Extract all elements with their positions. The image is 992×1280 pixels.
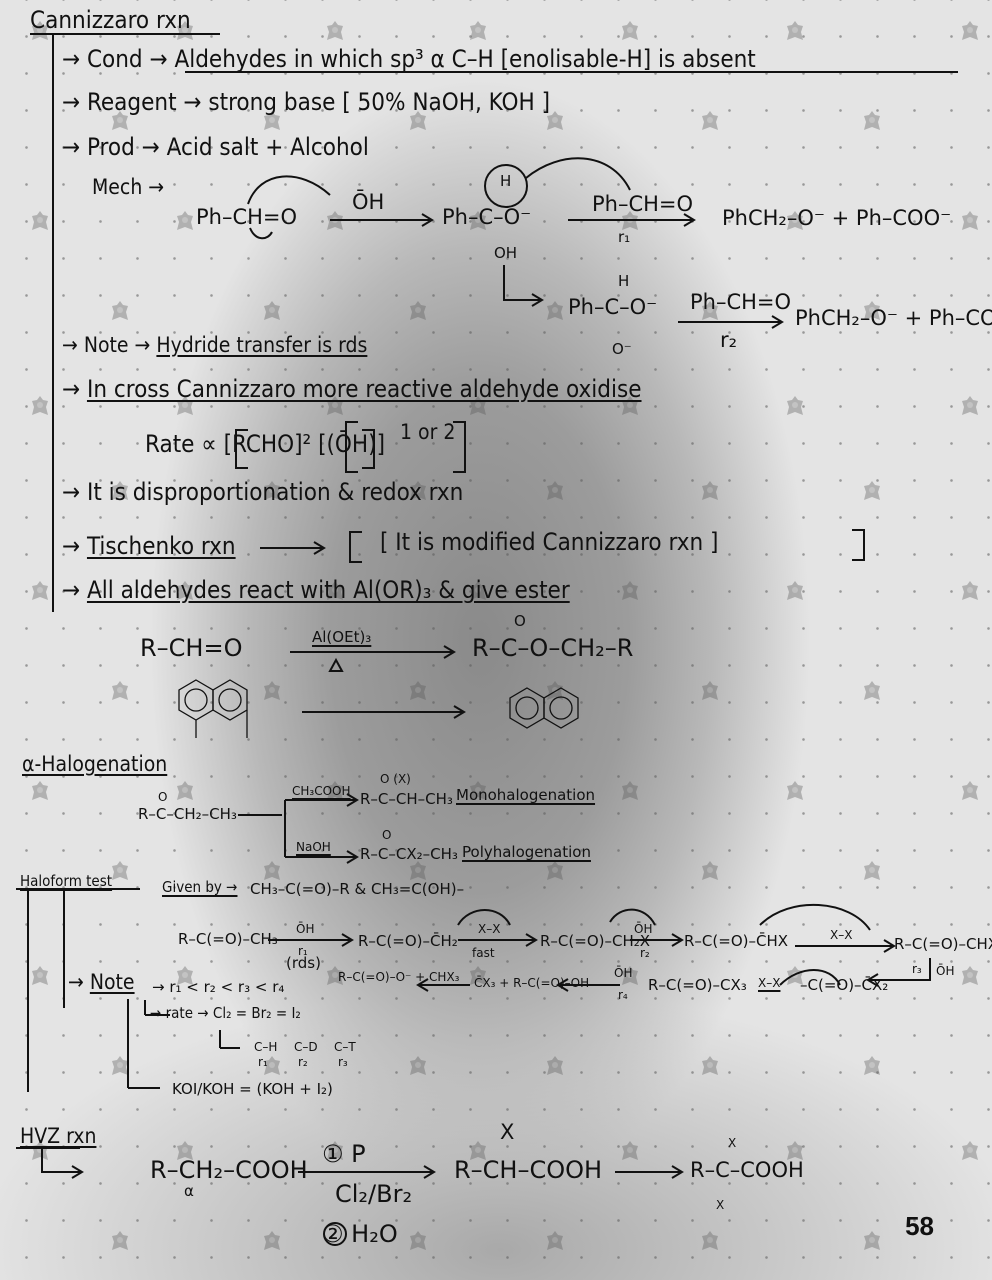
watermark-emblem-icon xyxy=(862,680,882,702)
haloform-r1-1a: ŌH xyxy=(296,922,314,936)
haloform-note-row: → Note xyxy=(68,970,135,994)
alt-intermediate: Ph–C–O⁻ xyxy=(568,295,657,319)
arrow-icon: → xyxy=(68,970,90,994)
rate-order-text: r₁ < r₂ < r₃ < r₄ xyxy=(169,978,284,996)
alt-intermediate-bottom: O⁻ xyxy=(612,340,632,358)
watermark-emblem-icon xyxy=(960,395,980,417)
haloform-r2-4a: X–X xyxy=(758,976,780,990)
arrow-icon: → xyxy=(150,1004,166,1022)
step1-products: PhCH₂–O⁻ + Ph–COO⁻ xyxy=(722,206,951,230)
haloform-title: Haloform test xyxy=(20,872,112,890)
watermark-emblem-icon xyxy=(862,480,882,502)
watermark-emblem-icon xyxy=(700,680,720,702)
path2-product-top: O xyxy=(382,828,391,842)
tischenko-reagent: Al(OEt)₃ xyxy=(312,628,371,646)
watermark-emblem-icon xyxy=(545,480,565,502)
watermark-emblem-icon xyxy=(175,210,195,232)
haloform-r1-8a: X–X xyxy=(830,928,852,942)
hvz-product1: R–CH–COOH xyxy=(454,1156,602,1184)
watermark-emblem-icon xyxy=(620,20,640,42)
watermark-emblem-icon xyxy=(700,1055,720,1077)
watermark-emblem-icon xyxy=(545,680,565,702)
watermark-emblem-icon xyxy=(862,110,882,132)
hvz-product1-top: X xyxy=(500,1120,514,1144)
watermark-emblem-icon xyxy=(110,1230,130,1252)
rate-label: rate xyxy=(166,1004,193,1022)
mech-reagent: ŌH xyxy=(352,190,384,214)
path1-product-top: O (X) xyxy=(380,772,411,786)
watermark-emblem-icon xyxy=(700,110,720,132)
hvz-product2: R–C–COOH xyxy=(690,1158,804,1182)
arrow-icon: → xyxy=(62,45,87,73)
cross-row: → In cross Cannizzaro more reactive alde… xyxy=(62,375,642,403)
page-number: 58 xyxy=(905,1211,934,1242)
watermark-emblem-icon xyxy=(468,20,488,42)
watermark-emblem-icon xyxy=(262,680,282,702)
watermark-emblem-icon xyxy=(30,395,50,417)
hvz-title: HVZ rxn xyxy=(20,1124,96,1148)
note-text: Hydride transfer is rds xyxy=(156,333,367,357)
path2-reagent: NaOH xyxy=(296,840,331,854)
watermark-emblem-icon xyxy=(325,20,345,42)
hvz-step2: ② H₂O xyxy=(322,1220,398,1248)
step1-rate: r₁ xyxy=(618,228,630,246)
tischenko-label: Tischenko rxn xyxy=(87,532,236,560)
cross-text: In cross Cannizzaro more reactive aldehy… xyxy=(87,375,642,403)
hvz-product2-top: X xyxy=(728,1136,736,1150)
watermark-emblem-icon xyxy=(110,680,130,702)
watermark-emblem-icon xyxy=(960,20,980,42)
haloform-r2-1: C̄X₃ + R–C(=O)–OH xyxy=(474,976,589,990)
isotope-rate-1: r₂ xyxy=(298,1055,308,1069)
arrow-icon: → xyxy=(62,478,87,506)
alpha-reactant: R–C–CH₂–CH₃ xyxy=(138,805,237,823)
watermark-emblem-icon xyxy=(862,1230,882,1252)
isotope-rate-0: r₁ xyxy=(258,1055,268,1069)
watermark-emblem-icon xyxy=(785,20,805,42)
haloform-note-label: Note xyxy=(90,970,135,994)
haloform-r2-5: –C(=O)–C̄X₂ xyxy=(800,976,888,994)
rate-order: 1 or 2 xyxy=(400,420,455,444)
watermark-emblem-icon xyxy=(30,580,50,602)
arrow-icon: → xyxy=(62,576,87,604)
path1-label: Monohalogenation xyxy=(456,786,595,804)
watermark-emblem-icon xyxy=(30,210,50,232)
haloform-r2-6a: ŌH xyxy=(936,964,954,978)
step1-reagent: Ph–CH=O xyxy=(592,192,693,216)
watermark-emblem-icon xyxy=(110,300,130,322)
watermark-emblem-icon xyxy=(30,965,50,987)
haloform-r1-4a: X–X xyxy=(478,922,500,936)
watermark-emblem-icon xyxy=(620,780,640,802)
watermark-emblem-icon xyxy=(408,1230,428,1252)
watermark-emblem-icon xyxy=(960,780,980,802)
mech-reactant: Ph–CH=O xyxy=(196,205,297,229)
path1-product: R–C–CH–CH₃ xyxy=(360,790,453,808)
watermark-emblem-icon xyxy=(545,300,565,322)
watermark-emblem-icon xyxy=(262,300,282,322)
watermark-emblem-icon xyxy=(408,300,428,322)
watermark-emblem-icon xyxy=(960,210,980,232)
watermark-emblem-icon xyxy=(110,1055,130,1077)
haloform-r1-0: R–C(=O)–CH₃ xyxy=(178,930,278,948)
mech-intermediate-top: H xyxy=(500,172,511,190)
isotope-rate-2: r₃ xyxy=(338,1055,348,1069)
arrow-icon: → xyxy=(62,333,84,357)
cannizzaro-title: Cannizzaro rxn xyxy=(30,6,191,34)
tischenko-text: [ It is modified Cannizzaro rxn ] xyxy=(380,528,718,556)
haloform-r2-3: R–C(=O)–CX₃ xyxy=(648,976,747,994)
given-by-label: Given by → xyxy=(162,878,237,896)
watermark-emblem-icon xyxy=(262,860,282,882)
prod-label: Prod → xyxy=(87,133,160,161)
step2-products: PhCH₂–O⁻ + Ph–COO⁻ xyxy=(795,306,992,330)
tischenko-product: R–C–O–CH₂–R xyxy=(472,634,633,662)
watermark-emblem-icon xyxy=(408,680,428,702)
haloform-r1-9: R–C(=O)–CHX₂ xyxy=(894,935,992,953)
hvz-reactant-sub: α xyxy=(184,1182,194,1200)
prod-row: → Prod → Acid salt + Alcohol xyxy=(62,133,369,161)
isotope-bond-0: C–H xyxy=(254,1040,277,1054)
step2-rate: r₂ xyxy=(720,328,737,352)
mech-intermediate-bottom: OH xyxy=(494,244,517,262)
watermark-emblem-icon xyxy=(785,780,805,802)
haloform-r2-2a: ŌH xyxy=(614,966,632,980)
all-aldehydes-row: → All aldehydes react with Al(OR)₃ & giv… xyxy=(62,576,570,604)
watermark-emblem-icon xyxy=(785,395,805,417)
watermark-emblem-icon xyxy=(960,965,980,987)
haloform-r1-3: R–C(=O)–C̄H₂ xyxy=(358,932,458,950)
cond-row: → Cond → Aldehydes in which sp³ α C–H [e… xyxy=(62,45,756,73)
arrow-icon: → xyxy=(62,133,87,161)
haloform-note-order: → r₁ < r₂ < r₃ < r₄ xyxy=(152,978,284,996)
hvz-product2-bottom: X xyxy=(716,1198,724,1212)
arrow-icon: → xyxy=(62,532,87,560)
path2-label: Polyhalogenation xyxy=(462,843,591,861)
watermark-emblem-icon xyxy=(960,580,980,602)
arrow-icon: → xyxy=(62,88,87,116)
isotope-bond-1: C–D xyxy=(294,1040,318,1054)
reagent-row: → Reagent → strong base [ 50% NaOH, KOH … xyxy=(62,88,550,116)
isotope-bond-2: C–T xyxy=(334,1040,356,1054)
reagent-label: Reagent → xyxy=(87,88,202,116)
haloform-rds: (rds) xyxy=(286,954,321,972)
watermark-emblem-icon xyxy=(620,1140,640,1162)
haloform-r2-2b: r₄ xyxy=(618,988,628,1002)
rate-law: Rate ∝ [RCHO]² [(ŌH)] xyxy=(145,430,385,458)
disprop-row: → It is disproportionation & redox rxn xyxy=(62,478,463,506)
step2-reagent: Ph–CH=O xyxy=(690,290,791,314)
arrow-icon: → xyxy=(152,978,169,996)
watermark-emblem-icon xyxy=(862,860,882,882)
mech-intermediate: Ph–C–O⁻ xyxy=(442,205,531,229)
tischenko-product-top: O xyxy=(514,612,526,630)
hvz-reagent-bottom: Cl₂/Br₂ xyxy=(335,1180,412,1208)
watermark-emblem-icon xyxy=(545,860,565,882)
haloform-r1-4b: fast xyxy=(472,946,495,960)
alpha-reactant-top: O xyxy=(158,790,167,804)
haloform-r1-6a: ŌH xyxy=(634,922,652,936)
watermark-emblem-icon xyxy=(262,1230,282,1252)
path2-product: R–C–CX₂–CH₃ xyxy=(360,845,458,863)
tischenko-reactant: R–CH=O xyxy=(140,634,242,662)
arrow-icon: → xyxy=(62,375,87,403)
watermark-emblem-icon xyxy=(960,1140,980,1162)
note-label: Note → xyxy=(84,333,151,357)
mech-label: Mech → xyxy=(92,175,164,199)
watermark-emblem-icon xyxy=(700,860,720,882)
tischenko-row: → Tischenko rxn xyxy=(62,532,236,560)
alt-intermediate-top: H xyxy=(618,272,629,290)
watermark-emblem-icon xyxy=(408,860,428,882)
watermark-emblem-icon xyxy=(175,780,195,802)
cond-label: Cond → xyxy=(87,45,168,73)
note-row: → Note → Hydride transfer is rds xyxy=(62,333,367,357)
rate-row: → rate → Cl₂ = Br₂ = I₂ xyxy=(150,1004,301,1022)
watermark-emblem-icon xyxy=(862,1055,882,1077)
hvz-reactant: R–CH₂–COOH xyxy=(150,1156,308,1184)
watermark-emblem-icon xyxy=(545,1230,565,1252)
disprop-text: It is disproportionation & redox rxn xyxy=(87,478,463,506)
koi-text: KOI/KOH = (KOH + I₂) xyxy=(172,1080,333,1098)
reagent-text: strong base [ 50% NaOH, KOH ] xyxy=(208,88,550,116)
watermark-emblem-icon xyxy=(620,580,640,602)
rate-halogens: Cl₂ = Br₂ = I₂ xyxy=(213,1004,301,1022)
haloform-r1-6b: r₂ xyxy=(640,946,650,960)
given-by-text: CH₃–C(=O)–R & CH₃=C(OH)– xyxy=(250,880,464,898)
watermark-emblem-icon xyxy=(325,210,345,232)
watermark-emblem-icon xyxy=(545,1055,565,1077)
watermark-emblem-icon xyxy=(700,480,720,502)
watermark-emblem-icon xyxy=(408,1055,428,1077)
hvz-reagent-top: ① P xyxy=(322,1140,366,1168)
cond-text: Aldehydes in which sp³ α C–H [enolisable… xyxy=(174,45,755,73)
watermark-emblem-icon xyxy=(110,860,130,882)
alpha-halogenation-title: α-Halogenation xyxy=(22,752,167,776)
path1-reagent: CH₃COOH xyxy=(292,784,351,798)
watermark-emblem-icon xyxy=(785,580,805,602)
prod-text: Acid salt + Alcohol xyxy=(167,133,369,161)
haloform-r1-7: R–C(=O)–C̄HX xyxy=(684,932,788,950)
all-aldehydes-text: All aldehydes react with Al(OR)₃ & give … xyxy=(87,576,570,604)
haloform-r2-0: R–C(=O)–O⁻ + CHX₃ xyxy=(338,970,459,984)
watermark-emblem-icon xyxy=(30,780,50,802)
watermark-emblem-icon xyxy=(700,1230,720,1252)
arrow-icon: → xyxy=(197,1004,213,1022)
haloform-r2-6b: r₃ xyxy=(912,962,922,976)
